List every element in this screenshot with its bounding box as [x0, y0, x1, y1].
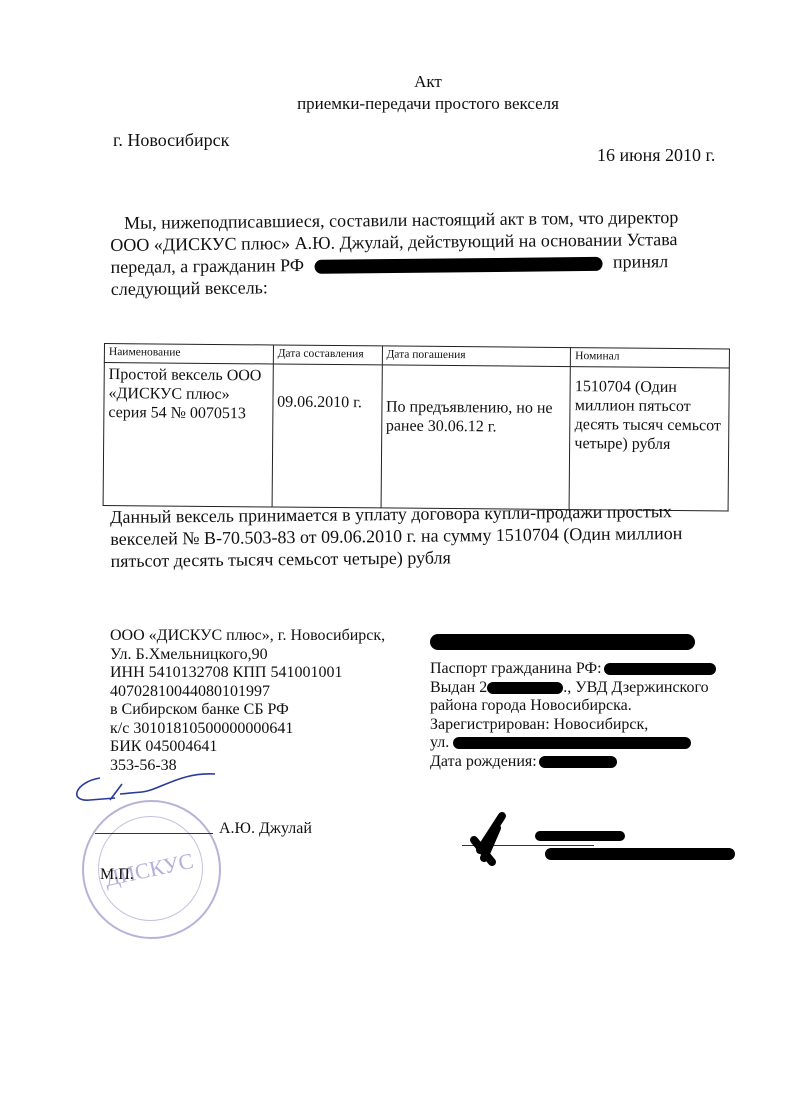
intro-line3-end: принял: [613, 251, 668, 272]
intro-paragraph: Мы, нижеподписавшиеся, составили настоящ…: [110, 205, 746, 300]
redacted-passport: [604, 663, 716, 675]
col-header: Наименование: [104, 344, 273, 364]
redaction-bar: [430, 634, 695, 650]
redacted-citizen-name: [430, 633, 695, 651]
intro-line3-start: передал, а гражданин РФ: [110, 255, 304, 277]
redacted-issue-date: [487, 682, 563, 694]
birth-line: Дата рождения:: [430, 753, 750, 772]
registered-line: Зарегистрирован: Новосибирск,: [430, 716, 750, 735]
address-start: ул.: [430, 734, 449, 751]
issued-line2: района города Новосибирска.: [430, 697, 750, 716]
issued-start: Выдан 2: [430, 679, 487, 696]
bill-table: Наименование Дата составления Дата погаш…: [103, 343, 730, 511]
cell-nominal: 1510704 (Один миллион пятьсот десять тыс…: [569, 367, 729, 511]
passport-label: Паспорт гражданина РФ:: [430, 660, 602, 677]
payment-paragraph: Данный вексель принимается в уплату дого…: [110, 499, 746, 572]
citizen-details: Паспорт гражданина РФ: Выдан 2., УВД Дзе…: [430, 660, 750, 771]
citizen-signature-redacted: [462, 810, 522, 870]
doc-subtitle: приемки-передачи простого векселя: [28, 94, 800, 114]
cell-issue-date: 09.06.2010 г.: [272, 364, 382, 508]
redacted-name: [314, 257, 602, 274]
doc-date: 16 июня 2010 г.: [597, 145, 715, 166]
redaction-bar: [545, 848, 735, 860]
col-header: Номинал: [571, 348, 730, 368]
director-name: А.Ю. Джулай: [219, 820, 312, 838]
company-line: в Сибирском банке СБ РФ: [110, 701, 385, 720]
company-line: к/с 30101810500000000641: [110, 720, 385, 739]
issued-line: Выдан 2., УВД Дзержинского: [430, 679, 750, 698]
cell-maturity-date: По предъявлению, но не ранее 30.06.12 г.: [381, 365, 571, 510]
table-row: Простой вексель ООО «ДИСКУС плюс» серия …: [103, 363, 729, 511]
birth-label: Дата рождения:: [430, 753, 537, 770]
redacted-birthdate: [539, 756, 617, 768]
city: г. Новосибирск: [113, 130, 229, 151]
company-details: ООО «ДИСКУС плюс», г. Новосибирск, Ул. Б…: [110, 627, 385, 775]
address-line: ул.: [430, 734, 750, 753]
redaction-bar: [535, 831, 625, 841]
redacted-citizen-signatory: [535, 827, 735, 863]
company-line: ООО «ДИСКУС плюс», г. Новосибирск,: [110, 627, 385, 646]
stamp-place-label: М.П.: [100, 866, 134, 884]
cell-name: Простой вексель ООО «ДИСКУС плюс» серия …: [103, 363, 273, 507]
issued-end: ., УВД Дзержинского: [563, 679, 708, 696]
company-line: 40702810044080101997: [110, 683, 385, 702]
redacted-address: [453, 737, 691, 749]
col-header: Дата погашения: [382, 346, 571, 367]
company-line: ИНН 5410132708 КПП 541001001: [110, 664, 385, 683]
company-line: Ул. Б.Хмельницкого,90: [110, 646, 385, 665]
passport-line: Паспорт гражданина РФ:: [430, 660, 750, 679]
doc-title: Акт: [28, 72, 800, 92]
col-header: Дата составления: [273, 345, 382, 365]
director-signature-line: [95, 833, 213, 834]
company-line: БИК 045004641: [110, 738, 385, 757]
